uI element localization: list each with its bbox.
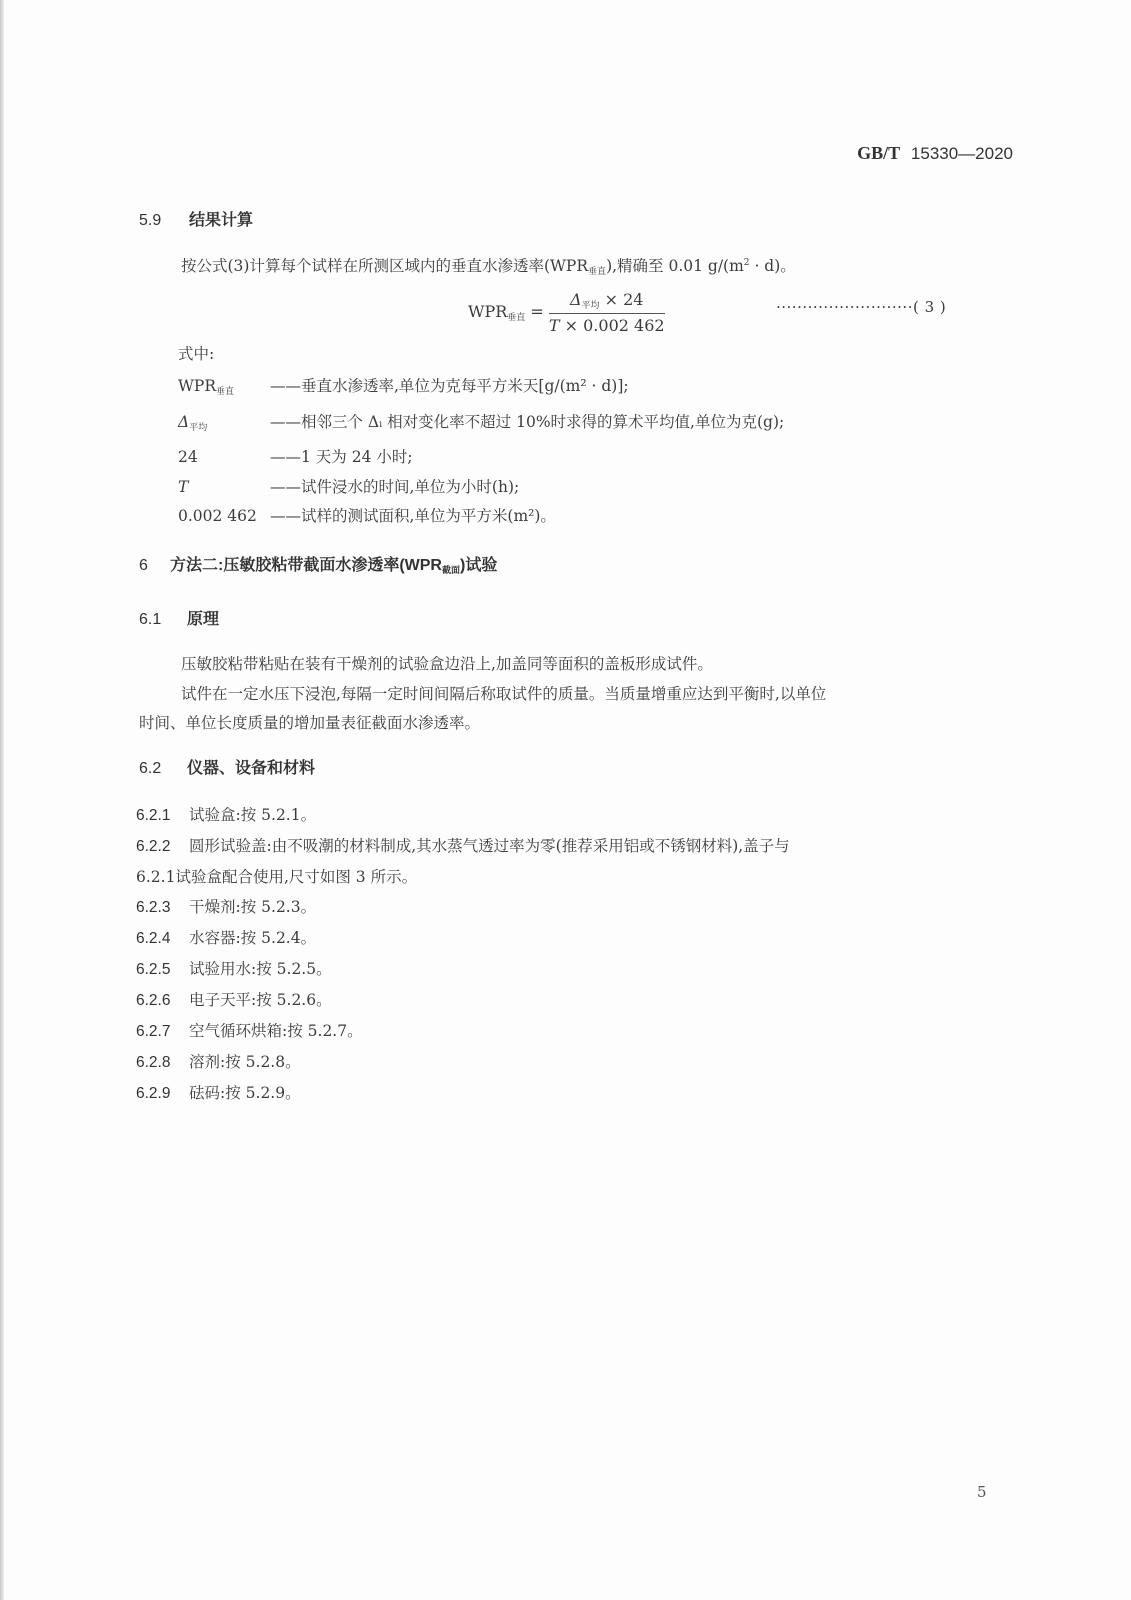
standard-number: 15330—2020	[911, 144, 1013, 163]
list-item: 6.2.1试验盒:按 5.2.1。	[136, 800, 790, 831]
section-heading-5-9: 5.9结果计算	[139, 207, 253, 230]
page-number: 5	[977, 1483, 987, 1501]
list-item: 6.2.5试验用水:按 5.2.5。	[136, 954, 790, 985]
definition-item: Δ平均——相邻三个 Δᵢ 相对变化率不超过 10%时求得的算术平均值,单位为克(…	[178, 408, 784, 444]
list-item: 6.2.3干燥剂:按 5.2.3。	[136, 892, 790, 923]
section-heading-6: 6方法二:压敏胶粘带截面水渗透率(WPR截面)试验	[139, 552, 497, 576]
list-item: 6.2.8溶剂:按 5.2.8。	[136, 1047, 790, 1078]
definition-item: 0.002 462——试样的测试面积,单位为平方米(m²)。	[178, 502, 784, 532]
list-item: 6.2.9砝码:按 5.2.9。	[136, 1078, 790, 1109]
paragraph: 试件在一定水压下浸泡,每隔一定时间间隔后称取试件的质量。当质量增重应达到平衡时,…	[181, 682, 826, 704]
list-item: 6.2.6电子天平:按 5.2.6。	[136, 985, 790, 1016]
equation-number: ··························( 3 )	[776, 298, 946, 316]
section-heading-6-2: 6.2仪器、设备和材料	[139, 755, 315, 778]
equipment-list: 6.2.1试验盒:按 5.2.1。 6.2.2圆形试验盖:由不吸潮的材料制成,其…	[136, 800, 790, 1109]
standard-prefix: GB/T	[857, 143, 900, 163]
list-item: 6.2.4水容器:按 5.2.4。	[136, 923, 790, 954]
list-item: 6.2.7空气循环烘箱:按 5.2.7。	[136, 1016, 790, 1047]
definition-item: 24——1 天为 24 小时;	[178, 443, 784, 473]
formula-3: WPR垂直 = Δ平均 × 24 T × 0.002 462	[468, 290, 665, 335]
document-header: GB/T 15330—2020	[857, 143, 1013, 164]
section-5-9-intro: 按公式(3)计算每个试样在所测区域内的垂直水渗透率(WPR垂直),精确至 0.0…	[181, 254, 796, 277]
where-label: 式中:	[178, 342, 214, 364]
list-item-continuation: 6.2.1试验盒配合使用,尺寸如图 3 所示。	[136, 862, 790, 892]
definition-item: T——试件浸水的时间,单位为小时(h);	[178, 473, 784, 503]
section-heading-6-1: 6.1原理	[139, 606, 219, 629]
list-item: 6.2.2圆形试验盖:由不吸潮的材料制成,其水蒸气透过率为零(推荐采用铝或不锈钢…	[136, 831, 790, 862]
scan-edge-shadow	[0, 0, 4, 1600]
definitions-list: WPR垂直——垂直水渗透率,单位为克每平方米天[g/(m² · d)]; Δ平均…	[178, 372, 784, 532]
definition-item: WPR垂直——垂直水渗透率,单位为克每平方米天[g/(m² · d)];	[178, 372, 784, 408]
paragraph: 压敏胶粘带粘贴在装有干燥剂的试验盒边沿上,加盖同等面积的盖板形成试件。	[181, 652, 713, 674]
formula-fraction: Δ平均 × 24 T × 0.002 462	[549, 290, 665, 335]
paragraph-continuation: 时间、单位长度质量的增加量表征截面水渗透率。	[139, 711, 480, 733]
